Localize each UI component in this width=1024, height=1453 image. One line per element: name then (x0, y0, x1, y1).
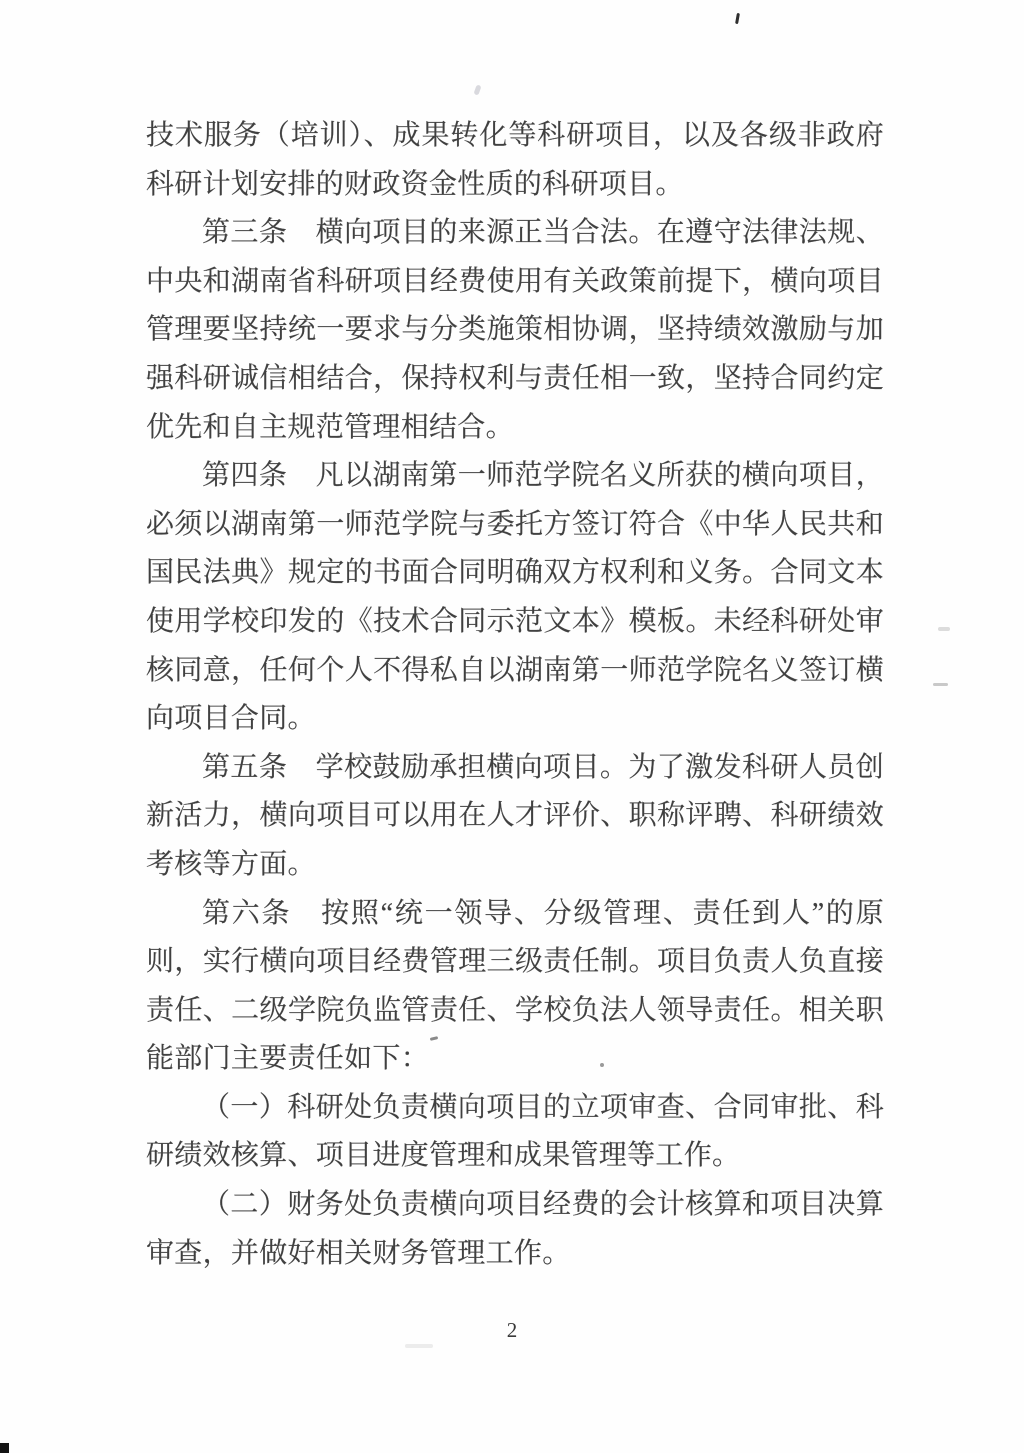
paragraph-item-2: （二）财务处负责横向项目经费的会计核算和项目决算审查，并做好相关财务管理工作。 (146, 1181, 884, 1278)
paragraph-article-6: 第六条 按照“统一领导、分级管理、责任到人”的原则，实行横向项目经费管理三级责任… (146, 890, 884, 1084)
paragraph-article-4: 第四条 凡以湖南第一师范学院名义所获的横向项目，必须以湖南第一师范学院与委托方签… (146, 452, 884, 744)
paragraph-continuation: 技术服务（培训）、成果转化等科研项目，以及各级非政府科研计划安排的财政资金性质的… (146, 112, 884, 209)
paragraph-item-1: （一）科研处负责横向项目的立项审查、合同审批、科研绩效核算、项目进度管理和成果管… (146, 1084, 884, 1181)
scan-artifact-dot (600, 1063, 604, 1067)
page-number: 2 (0, 1318, 1024, 1343)
scan-artifact-smudge (405, 1344, 433, 1348)
paragraph-article-5: 第五条 学校鼓励承担横向项目。为了激发科研人员创新活力，横向项目可以用在人才评价… (146, 744, 884, 890)
scan-artifact-corner-mark (0, 1443, 9, 1453)
document-body: 技术服务（培训）、成果转化等科研项目，以及各级非政府科研计划安排的财政资金性质的… (146, 112, 884, 1278)
scan-artifact-margin-dash (938, 627, 950, 631)
document-page: 技术服务（培训）、成果转化等科研项目，以及各级非政府科研计划安排的财政资金性质的… (0, 0, 1024, 1453)
scan-artifact-margin-dash (933, 683, 948, 686)
scan-artifact-smudge (473, 84, 481, 95)
paragraph-article-3: 第三条 横向项目的来源正当合法。在遵守法律法规、中央和湖南省科研项目经费使用有关… (146, 209, 884, 452)
scan-artifact-top-tick (735, 13, 740, 24)
